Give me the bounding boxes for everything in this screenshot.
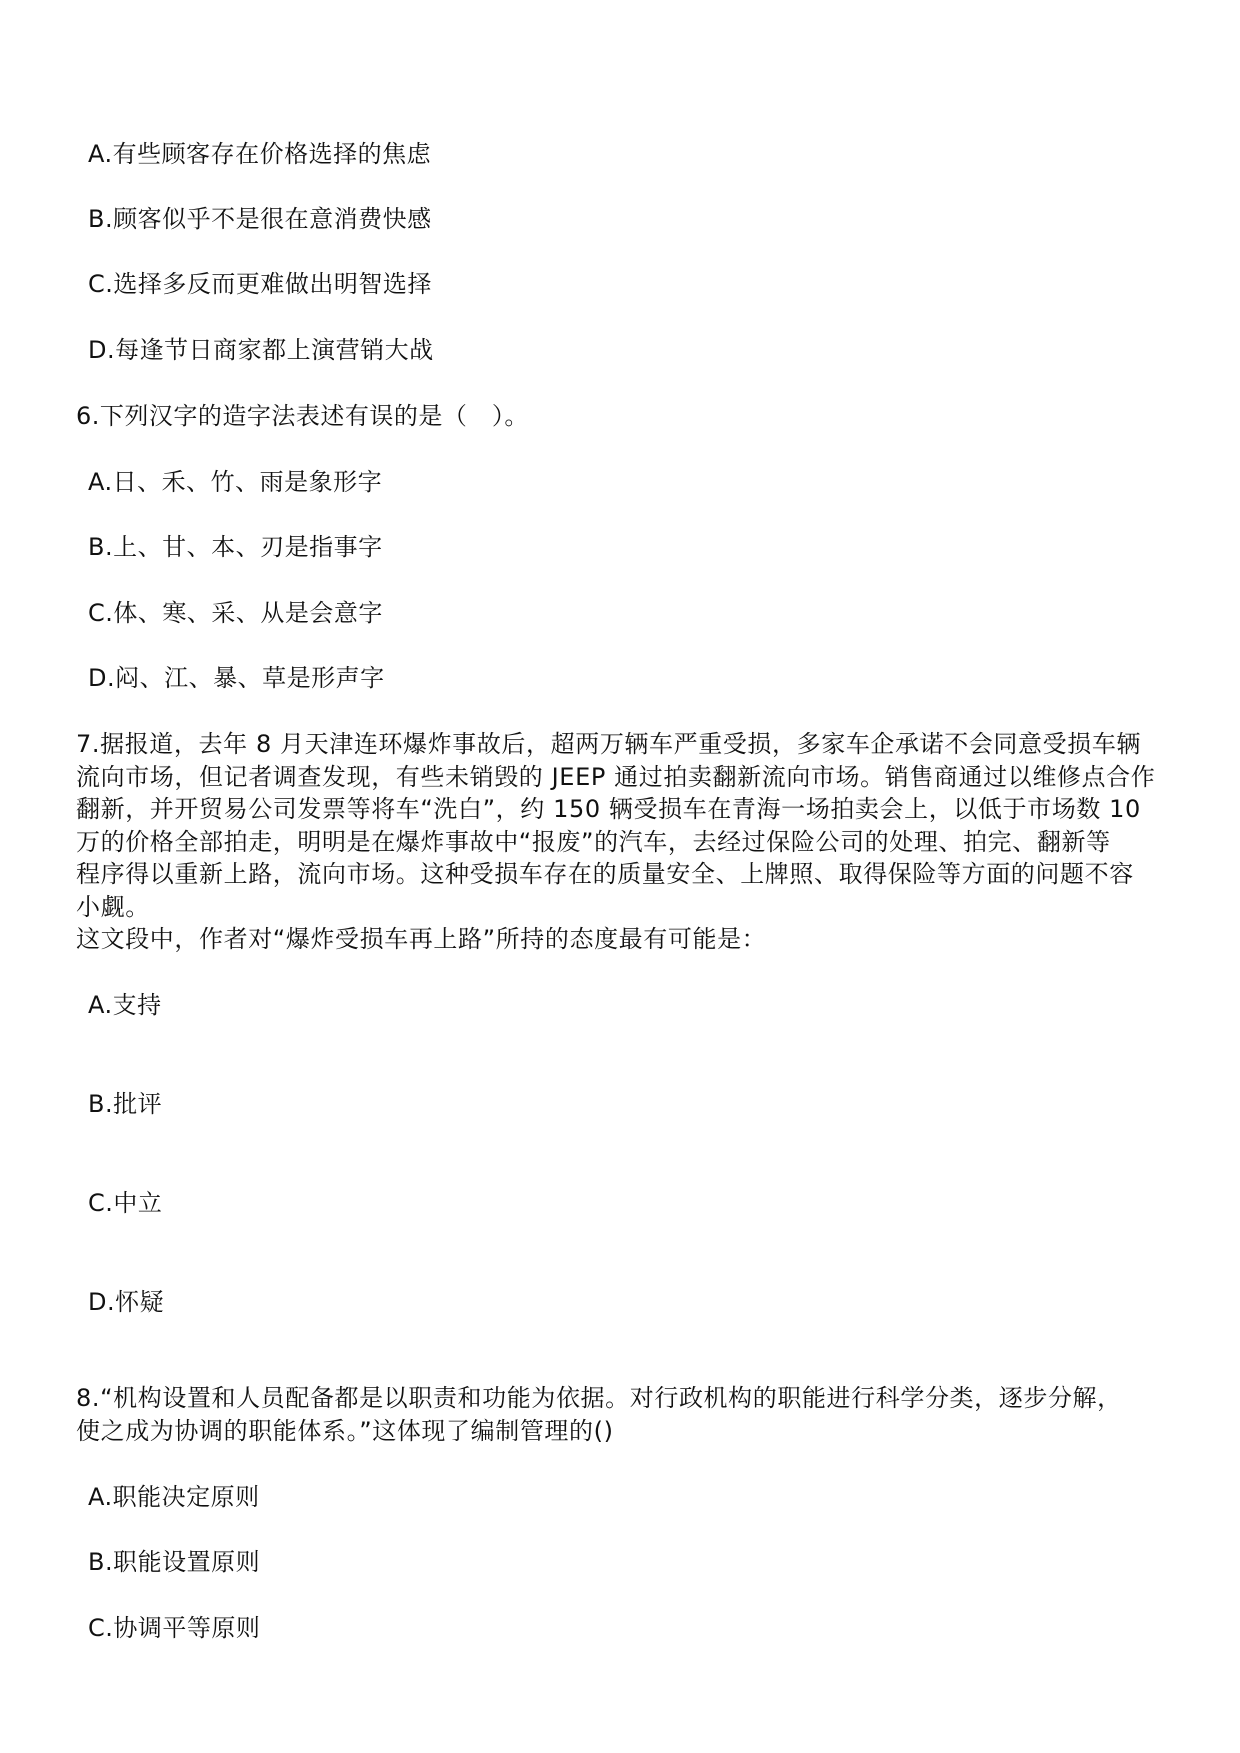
q7-option-a: A.支持 — [88, 989, 162, 1021]
option-text: 选择多反而更难做出明智选择 — [113, 270, 432, 298]
option-label: B. — [88, 1548, 113, 1576]
q5-option-b: B.顾客似乎不是很在意消费快感 — [88, 203, 432, 235]
question-text: 下列汉字的造字法表述有误的是（ ）。 — [100, 402, 529, 430]
option-text: 每逢节日商家都上演营销大战 — [115, 336, 434, 364]
passage-line: 万的价格全部拍走，明明是在爆炸事故中“报废”的汽车，去经过保险公司的处理、拍完、… — [76, 826, 1166, 859]
option-text: 批评 — [113, 1090, 162, 1118]
q5-option-d: D.每逢节日商家都上演营销大战 — [88, 334, 434, 366]
option-label: C. — [88, 599, 113, 627]
q7-option-d: D.怀疑 — [88, 1286, 164, 1318]
q8-option-b: B.职能设置原则 — [88, 1546, 260, 1578]
option-text: 日、禾、竹、雨是象形字 — [113, 468, 383, 496]
option-label: A. — [88, 991, 113, 1019]
option-text: 协调平等原则 — [113, 1614, 260, 1642]
document-page: A.有些顾客存在价格选择的焦虑 B.顾客似乎不是很在意消费快感 C.选择多反而更… — [0, 0, 1240, 1753]
q5-option-a: A.有些顾客存在价格选择的焦虑 — [88, 138, 431, 170]
q6-option-c: C.体、寒、采、从是会意字 — [88, 597, 383, 629]
option-label: B. — [88, 533, 113, 561]
question-prompt: 这文段中，作者对“爆炸受损车再上路”所持的态度最有可能是： — [76, 923, 1166, 956]
option-text: 有些顾客存在价格选择的焦虑 — [113, 140, 432, 168]
q6-option-b: B.上、甘、本、刃是指事字 — [88, 531, 383, 563]
option-text: 顾客似乎不是很在意消费快感 — [113, 205, 432, 233]
passage-line: 7.据报道，去年 8 月天津连环爆炸事故后，超两万辆车严重受损，多家车企承诺不会… — [76, 728, 1166, 761]
passage-line: 8.“机构设置和人员配备都是以职责和功能为依据。对行政机构的职能进行科学分类，逐… — [76, 1382, 1166, 1415]
option-label: B. — [88, 205, 113, 233]
passage-line: 程序得以重新上路，流向市场。这种受损车存在的质量安全、上牌照、取得保险等方面的问… — [76, 858, 1166, 891]
option-label: D. — [88, 1288, 115, 1316]
option-text: 职能决定原则 — [113, 1483, 260, 1511]
passage-line: 流向市场，但记者调查发现，有些未销毁的 JEEP 通过拍卖翻新流向市场。销售商通… — [76, 761, 1166, 794]
passage-line: 翻新，并开贸易公司发票等将车“洗白”，约 150 辆受损车在青海一场拍卖会上，以… — [76, 793, 1166, 826]
q7-option-b: B.批评 — [88, 1088, 162, 1120]
option-label: C. — [88, 1614, 113, 1642]
option-text: 体、寒、采、从是会意字 — [113, 599, 383, 627]
question-number: 6. — [76, 402, 100, 430]
passage-line: 使之成为协调的职能体系。”这体现了编制管理的() — [76, 1415, 1166, 1448]
q7-option-c: C.中立 — [88, 1187, 162, 1219]
q8-option-c: C.协调平等原则 — [88, 1612, 260, 1644]
option-label: D. — [88, 664, 115, 692]
option-text: 上、甘、本、刃是指事字 — [113, 533, 383, 561]
option-label: D. — [88, 336, 115, 364]
question-number: 7. — [76, 730, 100, 758]
option-text: 支持 — [113, 991, 162, 1019]
q8-stem: 8.“机构设置和人员配备都是以职责和功能为依据。对行政机构的职能进行科学分类，逐… — [76, 1382, 1166, 1447]
option-label: A. — [88, 140, 113, 168]
option-text: 中立 — [113, 1189, 162, 1217]
option-text: 闷、江、暴、草是形声字 — [115, 664, 385, 692]
q7-passage: 7.据报道，去年 8 月天津连环爆炸事故后，超两万辆车严重受损，多家车企承诺不会… — [76, 728, 1166, 956]
q8-option-a: A.职能决定原则 — [88, 1481, 260, 1513]
option-text: 怀疑 — [115, 1288, 164, 1316]
option-label: A. — [88, 1483, 113, 1511]
option-text: 职能设置原则 — [113, 1548, 260, 1576]
option-label: B. — [88, 1090, 113, 1118]
passage-line: 小觑。 — [76, 891, 1166, 924]
q6-stem: 6.下列汉字的造字法表述有误的是（ ）。 — [76, 400, 529, 432]
option-label: A. — [88, 468, 113, 496]
q6-option-a: A.日、禾、竹、雨是象形字 — [88, 466, 382, 498]
option-label: C. — [88, 270, 113, 298]
option-label: C. — [88, 1189, 113, 1217]
q6-option-d: D.闷、江、暴、草是形声字 — [88, 662, 385, 694]
q5-option-c: C.选择多反而更难做出明智选择 — [88, 268, 432, 300]
question-number: 8. — [76, 1384, 100, 1412]
